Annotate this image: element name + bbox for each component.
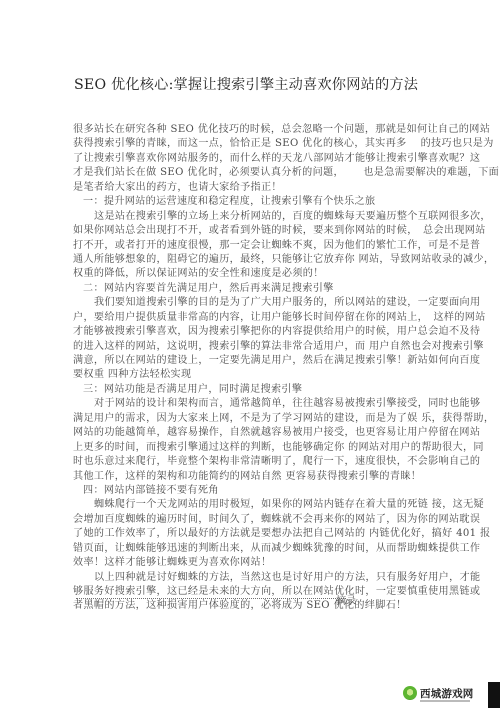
paragraph-line: 如果你网站总会出现打不开，或者看到外链的时候，要来到你网站的时候， 总会出现网站 [73, 224, 433, 238]
paragraph-line: 获得搜索引擎的青睐，而这一点，恰恰正是 SEO 优化的核心，其实再多 的技巧也只… [73, 137, 433, 151]
paragraph-line: 了她的工作效率了，所以最好的方法就是要想办法把自己网站的 内链优化好，搞好 40… [73, 527, 433, 541]
section-heading-line: 三：网站功能是否满足用户，同时满足搜索引擎 [73, 383, 433, 397]
paragraph-line: 满意，所以在网站的建设上，一定要先满足用户，然后在满足搜索引擎！新站如何向百度 [73, 354, 433, 368]
paragraph-line: 户，要给用户提供质量非常高的内容，让用户能够长时间停留在你的网站上， 这样的网站 [73, 311, 433, 325]
paragraph-line: 以上四种就是讨好蜘蛛的方法，当然这也是讨好用户的方法，只有服务好用户，才能 [73, 571, 433, 585]
section-heading-line: 四：网站内部链接不要有死角 [73, 484, 433, 498]
watermark-dark-strip [488, 682, 500, 708]
paragraph-line: 才是我们站长在做 SEO 优化时，必须要认真分析的问题， 也是急需要解决的难题，… [73, 166, 433, 180]
paragraph-line: 对于网站的设计和架构而言，通常越简单，往往越容易被搜索引擎接受，同时也能够 [73, 397, 433, 411]
paragraph-line: 者黑帽的方法，这种损害用户体验度的，必将成为 SEO 优化的绊脚石！ [73, 599, 433, 613]
paragraph-line: 时也乐意过来爬行，毕竟整个架构非常清晰明了，爬行一下，速度很快，不会影响自己的 [73, 455, 433, 469]
paragraph-line: 是笔者给大家出的药方，也请大家给予指正！ [73, 181, 433, 195]
watermark-subtitle-bar [420, 700, 470, 702]
paragraph-line: 这是站在搜索引擎的立场上来分析网站的，百度的蜘蛛每天要遍历整个互联网很多次， [73, 210, 433, 224]
paragraph-line: 很多站长在研究各种 SEO 优化技巧的时候，总会忽略一个问题，那就是如何让自己的… [73, 123, 433, 137]
paragraph-line: 通人所能够想象的，阻碍它的遍历，最终，只能够让它放弃你 网站，导致网站收录的减少… [73, 253, 433, 267]
paragraph-line: 错页面，让蜘蛛能够迅速的判断出来，从而减少蜘蛛犹豫的时间，从而帮助蜘蛛提供工作 [73, 542, 433, 556]
excerpt-label: 摘录 [336, 592, 356, 607]
paragraph-line: 才能够被搜索引擎喜欢，因为搜索引擎把你的内容提供给用户的时候，用户总会迫不及待 [73, 325, 433, 339]
dotted-divider [76, 598, 346, 599]
paragraph-line: 了让搜索引擎喜欢你网站服务的，而什么样的天龙八部网站才能够让搜索引擎喜欢呢？这 [73, 152, 433, 166]
paragraph-line: 满足用户的需求，因为大家来上网，不是为了学习网站的建设，而是为了娱 乐，获得帮助… [73, 412, 433, 426]
paragraph-line: 网站的功能越简单，越容易操作，自然就越容易被用户接受，也更容易让用户停留在网站 [73, 426, 433, 440]
watermark: 西城游戏网 [400, 678, 500, 708]
watermark-site-name: 西城游戏网 [420, 686, 474, 701]
paragraph-line: 上更多的时间，而搜索引擎通过这样的判断，也能够确定你 的网站对用户的帮助很大，同 [73, 441, 433, 455]
section-heading-line: 一：提升网站的运营速度和稳定程度，让搜索引擎有个快乐之旅 [73, 195, 433, 209]
document-body: 很多站长在研究各种 SEO 优化技巧的时候，总会忽略一个问题，那就是如何让自己的… [73, 123, 433, 614]
paragraph-line: 会增加百度蜘蛛的遍历时间，时间久了，蜘蛛就不会再来你的网站了，因为你的网站耽误 [73, 513, 433, 527]
paragraph-line: 其他工作，这样的架构和功能简约的网站自然 更容易获得搜索引擎的青睐！ [73, 470, 433, 484]
paragraph-line: 效率！这样才能够让蜘蛛更为喜欢你网站！ [73, 556, 433, 570]
paragraph-line: 要权重 四种方法轻松实现 [73, 368, 433, 382]
paragraph-line: 权重的降低，所以保证网站的安全性和速度是必须的！ [73, 267, 433, 281]
paragraph-line: 的进入这样的网站，这说明，搜索引擎的算法非常合适用户，而 用户自然也会对搜索引擎 [73, 340, 433, 354]
document-title: SEO 优化核心:掌握让搜索引擎主动喜欢你网站的方法 [74, 74, 418, 94]
document-page: SEO 优化核心:掌握让搜索引擎主动喜欢你网站的方法 很多站长在研究各种 SEO… [0, 0, 500, 708]
paragraph-line: 打不开，或者打开的速度很慢，那一定会让蜘蛛不爽，因为他们的繁忙工作，可是不是普 [73, 239, 433, 253]
section-heading-line: 二：网站内容要首先满足用户，然后再来满足搜索引擎 [73, 282, 433, 296]
paragraph-line: 蜘蛛爬行一个天龙网站的用时极短，如果你的网站内链存在着大量的死链 接，这无疑 [73, 498, 433, 512]
green-leaf-logo-icon [403, 686, 417, 700]
paragraph-line: 我们要知道搜索引擎的目的是为了广大用户服务的，所以网站的建设，一定要面向用 [73, 296, 433, 310]
